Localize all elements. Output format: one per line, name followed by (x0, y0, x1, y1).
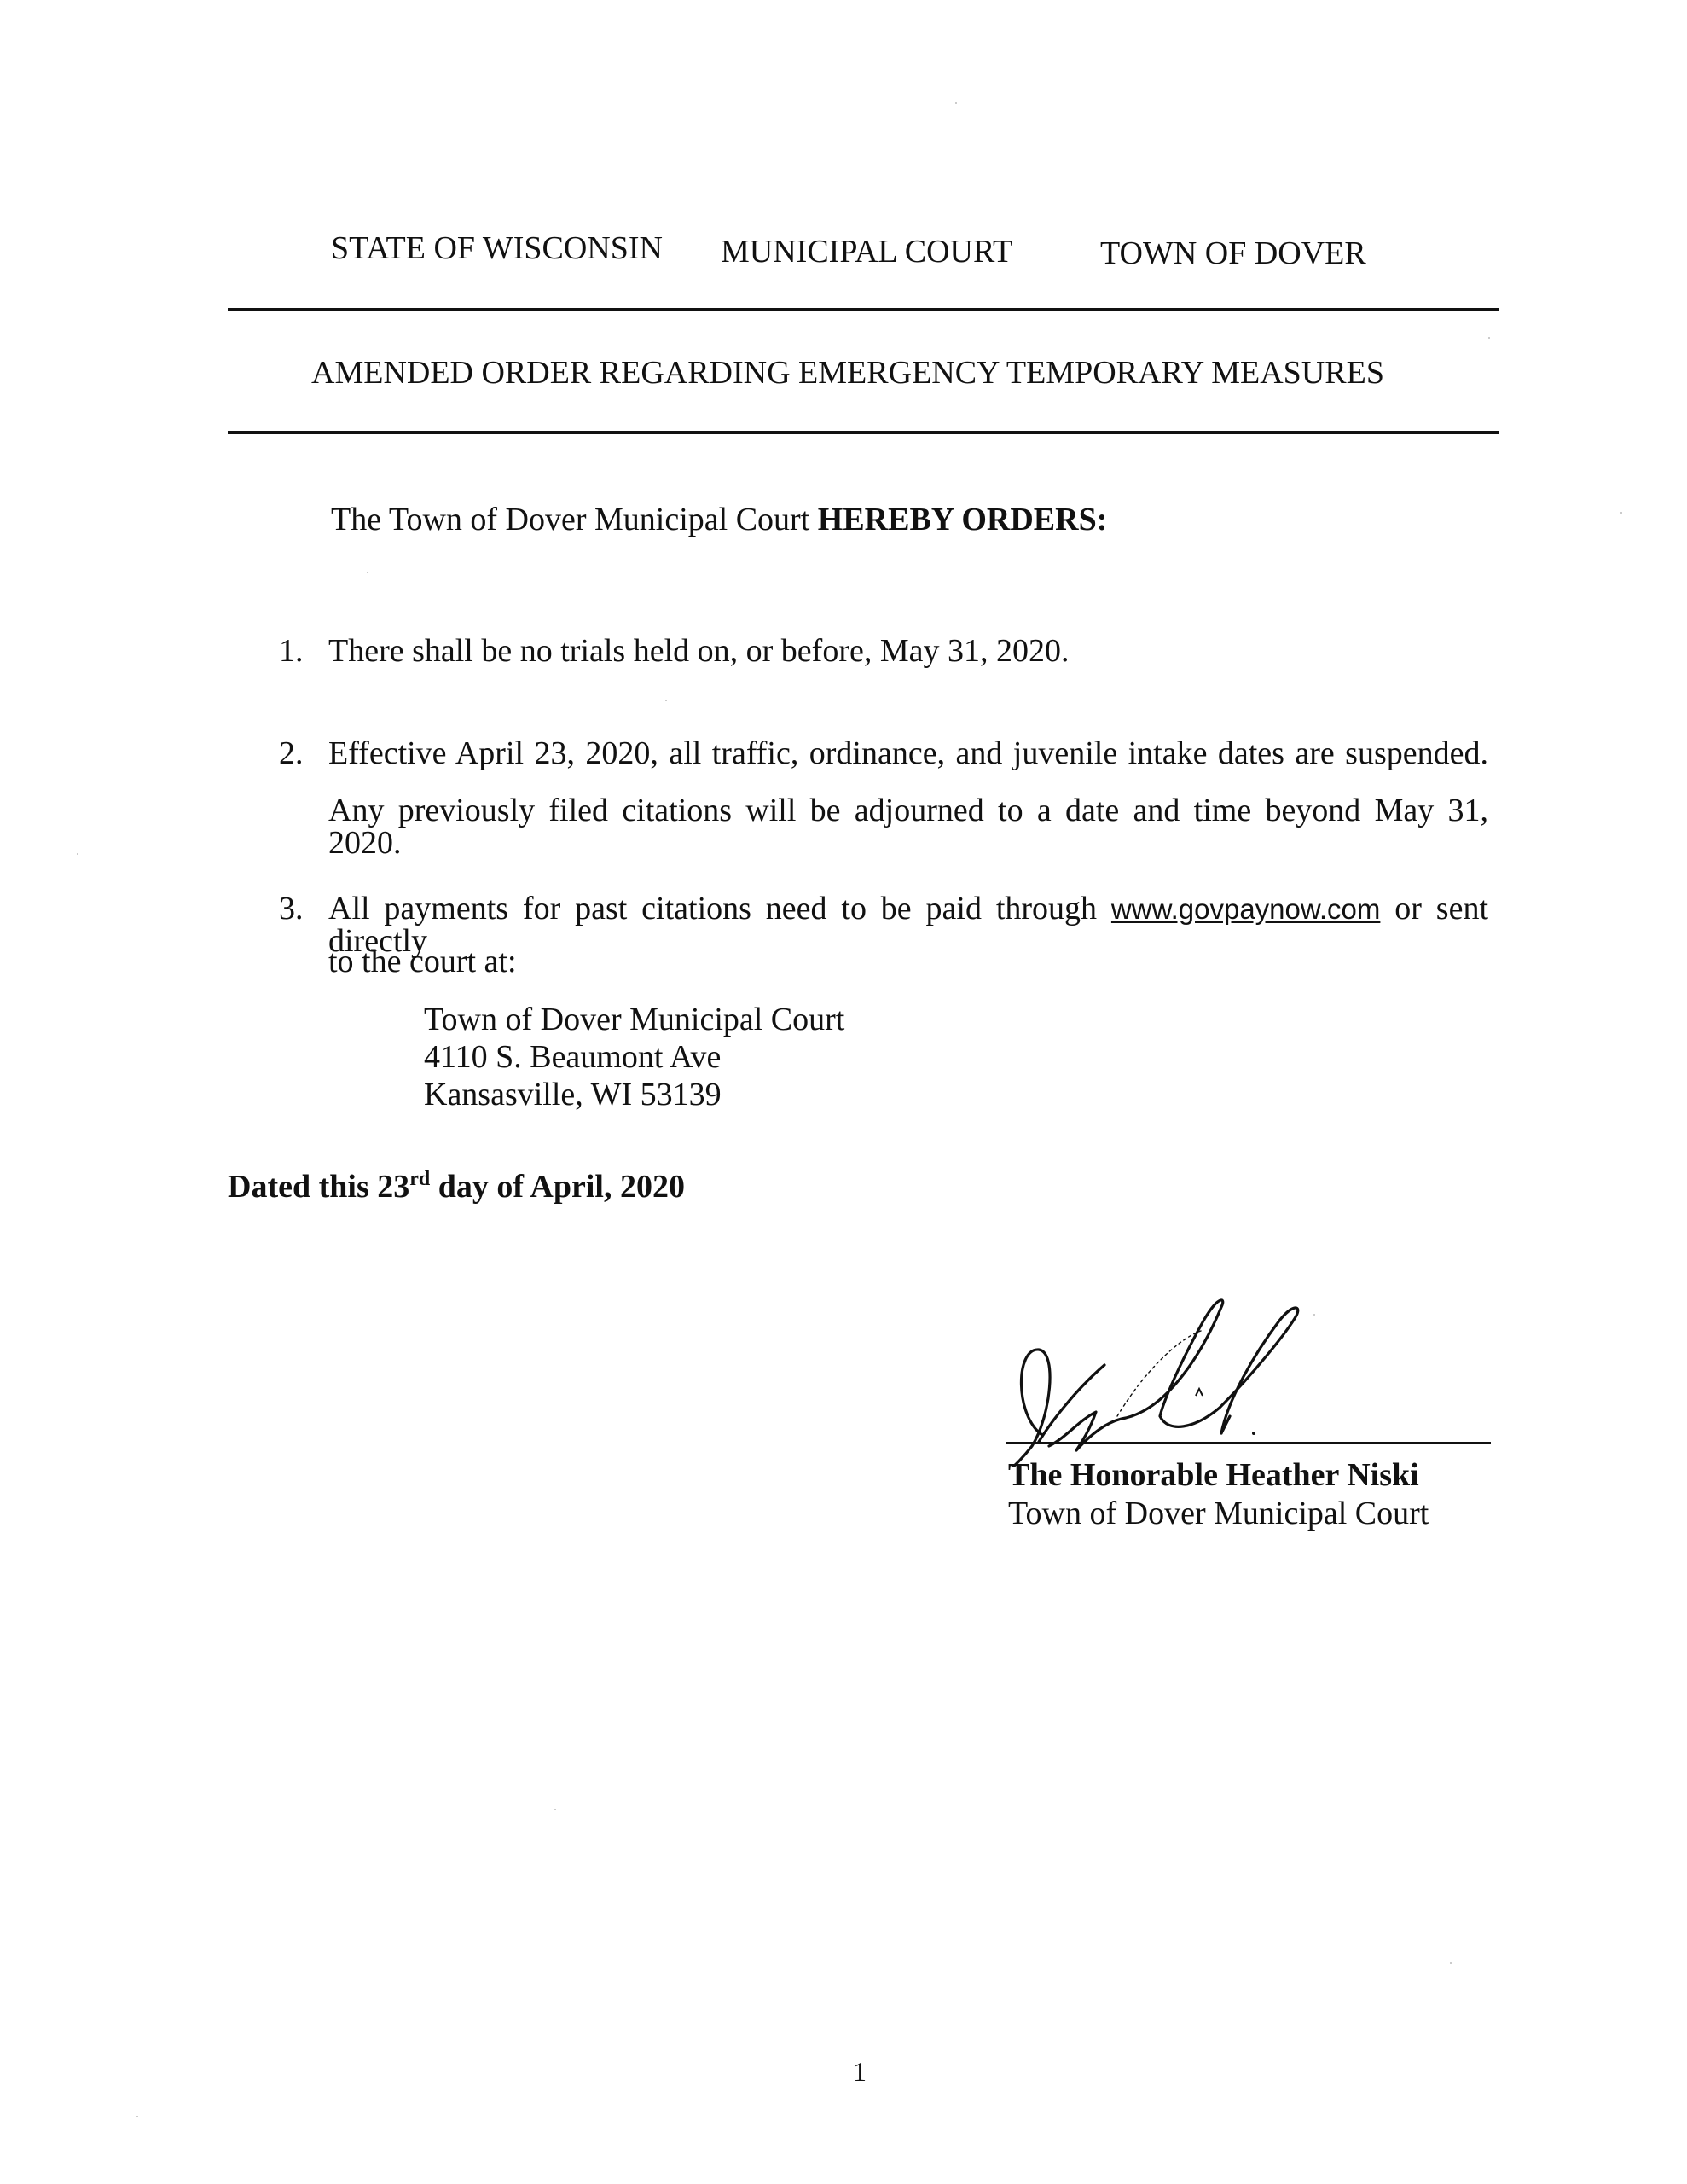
scan-speck (1488, 337, 1490, 339)
order-text: There shall be no trials held on, or bef… (328, 635, 1070, 667)
scan-speck (665, 700, 667, 701)
header-divider-bottom (228, 431, 1499, 434)
scan-speck (1620, 512, 1622, 514)
order-text-line-1: Effective April 23, 2020, all traffic, o… (328, 737, 1488, 770)
scan-speck (1313, 1314, 1315, 1316)
page-number: 1 (853, 2058, 867, 2085)
signatory-title: Town of Dover Municipal Court (1008, 1497, 1429, 1530)
scan-speck (367, 572, 368, 573)
scan-speck (136, 2116, 138, 2117)
intro-emphasis: HEREBY ORDERS: (818, 502, 1108, 537)
dated-ordinal-suffix: rd (409, 1168, 430, 1190)
scan-speck (77, 853, 78, 855)
order-number: 1. (279, 635, 304, 667)
signature-line (1006, 1442, 1491, 1444)
signature-icon (998, 1271, 1356, 1467)
address-name: Town of Dover Municipal Court (424, 1003, 844, 1036)
dated-line: Dated this 23rd day of April, 2020 (228, 1170, 685, 1203)
scan-speck (1450, 1962, 1452, 1964)
document-title: AMENDED ORDER REGARDING EMERGENCY TEMPOR… (311, 357, 1384, 389)
scan-speck (554, 1809, 556, 1810)
header-jurisdiction: STATE OF WISCONSIN (331, 232, 663, 264)
order-number: 3. (279, 892, 304, 925)
dated-rest: day of April, 2020 (438, 1169, 685, 1205)
address-city: Kansasville, WI 53139 (424, 1078, 722, 1111)
order-text-before-link: All payments for past citations need to … (328, 891, 1097, 926)
order-text-line-2: to the court at: (328, 945, 517, 978)
order-number: 2. (279, 737, 304, 770)
signatory-name: The Honorable Heather Niski (1008, 1459, 1419, 1491)
payment-link[interactable]: www.govpaynow.com (1111, 893, 1380, 925)
dated-prefix: Dated this 23 (228, 1169, 409, 1205)
header-divider-top (228, 308, 1499, 311)
header-court: MUNICIPAL COURT (721, 235, 1012, 268)
intro-text: The Town of Dover Municipal Court (331, 502, 809, 537)
address-street: 4110 S. Beaumont Ave (424, 1041, 721, 1073)
intro-line: The Town of Dover Municipal Court HEREBY… (331, 503, 1107, 536)
order-text-line-2: Any previously filed citations will be a… (328, 794, 1488, 859)
scan-speck (955, 102, 957, 104)
header-municipality: TOWN OF DOVER (1100, 237, 1366, 270)
